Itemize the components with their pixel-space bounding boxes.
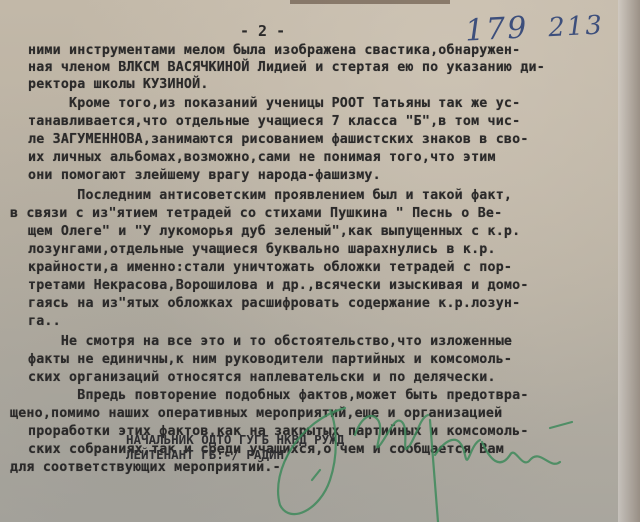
text-line: Не смотря на все это и то обстоятельство… bbox=[28, 333, 512, 350]
text-line: танавливается,что отдельные учащиеся 7 к… bbox=[28, 113, 520, 130]
archive-number-secondary: 213 bbox=[548, 10, 605, 43]
text-line: гаясь на из"ятых обложках расшифровать с… bbox=[28, 295, 520, 312]
page-right-edge bbox=[618, 0, 640, 522]
text-line: ректора школы КУЗИНОЙ. bbox=[28, 76, 209, 93]
text-line: ная членом ВЛКСМ ВАСЯЧКИНОЙ Лидией и сте… bbox=[28, 59, 545, 76]
text-line: Последним антисоветским проявлением был … bbox=[28, 187, 512, 204]
text-line: лозунгами,отдельные учащиеся буквально ш… bbox=[28, 241, 496, 258]
handwritten-signature bbox=[260, 400, 590, 522]
text-line: в связи с из"ятием тетрадей со стихами П… bbox=[10, 205, 502, 222]
text-line: они помогают злейшему врагу народа-фашиз… bbox=[28, 167, 381, 184]
text-line: третами Некрасова,Ворошилова и др.,всяче… bbox=[28, 277, 529, 294]
text-line: их личных альбомах,возможно,сами не пони… bbox=[28, 149, 496, 166]
text-line: га.. bbox=[28, 313, 61, 330]
text-line: Кроме того,из показаний ученицы РООТ Тат… bbox=[28, 95, 520, 112]
page-top-edge bbox=[290, 0, 450, 4]
text-line: щем Олеге" и "У лукоморья дуб зеленый",к… bbox=[28, 223, 520, 240]
text-line: крайности,а именно:стали уничтожать обло… bbox=[28, 259, 512, 276]
text-line: ними инструментами мелом была изображена… bbox=[28, 42, 520, 59]
page-marker: - 2 - bbox=[240, 22, 285, 40]
text-line: факты не единичны,к ним руководители пар… bbox=[28, 351, 512, 368]
text-line: ских организаций относятся наплевательск… bbox=[28, 369, 496, 386]
text-line: ле ЗАГУМЕННОВА,занимаются рисованием фаш… bbox=[28, 131, 529, 148]
